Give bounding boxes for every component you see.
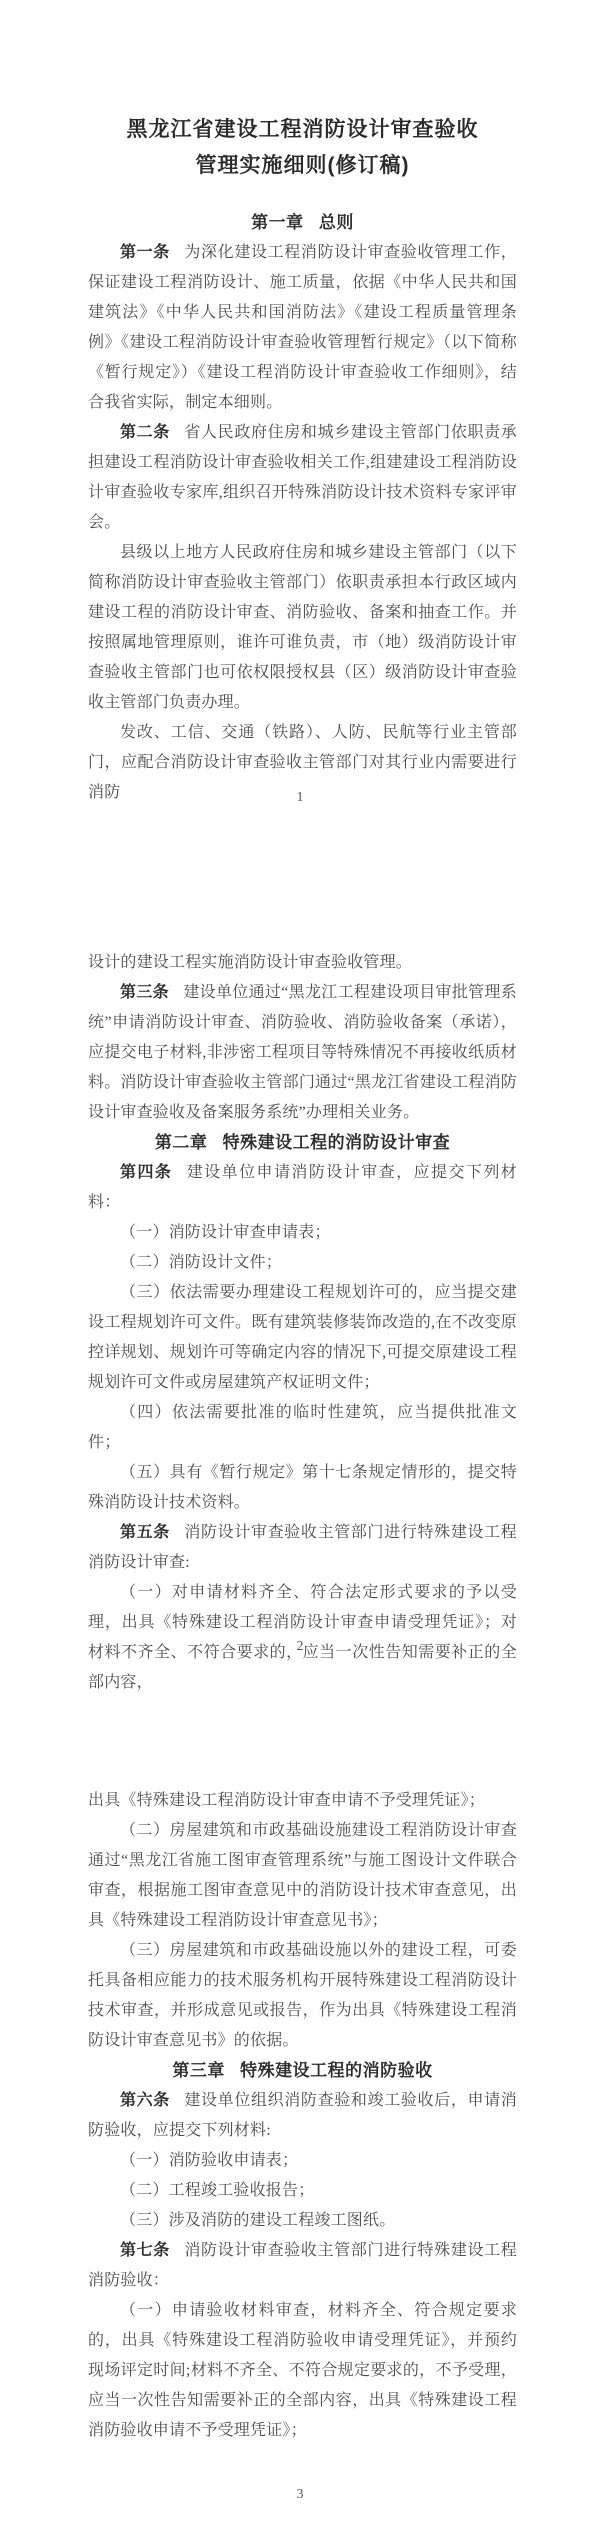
article-4-item-3: （三）依法需要办理建设工程规划许可的，应当提交建设工程规划许可文件。既有建筑装修…	[88, 1278, 517, 1398]
page-2: 设计的建设工程实施消防设计审查验收管理。 第三条建设单位通过“黑龙江工程建设项目…	[0, 849, 600, 1698]
article-4-item-5-text: （五）具有《暂行规定》第十七条规定情形的，提交特殊消防设计技术资料。	[88, 1464, 517, 1511]
article-4-item-4-text: （四）依法需要批准的临时性建筑，应当提供批准文件；	[88, 1404, 517, 1451]
article-5-item-1-continuation-text: 出具《特殊建设工程消防设计审查申请不予受理凭证》；	[88, 1792, 485, 1809]
document: 黑龙江省建设工程消防设计审查验收 管理实施细则(修订稿) 第一章总则 第一条为深…	[0, 0, 600, 2546]
article-6-item-3: （三）涉及消防的建设工程竣工图纸。	[88, 2206, 517, 2236]
article-1-paragraph: 第一条为深化建设工程消防设计审查验收管理工作，保证建设工程消防设计、施工质量，依…	[88, 238, 517, 418]
page-number-1: 1	[0, 788, 600, 808]
article-7-item-1-text: （一）申请验收材料审查，材料齐全、符合规定要求的，出具《特殊建设工程消防验收申请…	[88, 2302, 517, 2439]
article-2-paragraph: 第二条省人民政府住房和城乡建设主管部门依职责承担建设工程消防设计审查验收相关工作…	[88, 418, 517, 538]
article-4-item-2: （二）消防设计文件；	[88, 1248, 517, 1278]
chapter-1-title: 总则	[319, 213, 354, 232]
article-6-item-1: （一）消防验收申请表；	[88, 2146, 517, 2176]
article-5-item-3: （三）房屋建筑和市政基础设施以外的建设工程，可委托具备相应能力的技术服务机构开展…	[88, 1936, 517, 2056]
article-7-paragraph: 第七条消防设计审查验收主管部门进行特殊建设工程消防验收：	[88, 2236, 517, 2296]
page-1: 黑龙江省建设工程消防设计审查验收 管理实施细则(修订稿) 第一章总则 第一条为深…	[0, 0, 600, 849]
article-7-lead: 第七条	[120, 2242, 170, 2259]
article-2-paragraph-2: 县级以上地方人民政府住房和城乡建设主管部门（以下简称消防设计审查验收主管部门）依…	[88, 538, 517, 718]
document-title-line-1: 黑龙江省建设工程消防设计审查验收	[88, 112, 517, 148]
chapter-1-number: 第一章	[251, 213, 304, 232]
document-title: 黑龙江省建设工程消防设计审查验收 管理实施细则(修订稿)	[88, 112, 517, 184]
article-3-paragraph: 第三条建设单位通过“黑龙江工程建设项目审批管理系统”申请消防设计审查、消防验收、…	[88, 978, 517, 1128]
article-4-item-5: （五）具有《暂行规定》第十七条规定情形的，提交特殊消防设计技术资料。	[88, 1458, 517, 1518]
article-3-text: 建设单位通过“黑龙江工程建设项目审批管理系统”申请消防设计审查、消防验收、消防验…	[88, 984, 517, 1121]
article-5-item-3-text: （三）房屋建筑和市政基础设施以外的建设工程，可委托具备相应能力的技术服务机构开展…	[88, 1942, 517, 2049]
article-5-item-2-text: （二）房屋建筑和市政基础设施建设工程消防设计审查通过“黑龙江省施工图审查管理系统…	[88, 1822, 517, 1929]
article-4-lead: 第四条	[120, 1164, 172, 1181]
chapter-1-heading: 第一章总则	[88, 208, 517, 238]
article-6-paragraph: 第六条建设单位组织消防查验和竣工验收后，申请消防验收，应提交下列材料:	[88, 2086, 517, 2146]
article-2-continuation-paragraph: 设计的建设工程实施消防设计审查验收管理。	[88, 948, 517, 978]
chapter-2-heading: 第二章特殊建设工程的消防设计审查	[88, 1128, 517, 1158]
article-1-lead: 第一条	[120, 244, 170, 261]
article-6-item-3-text: （三）涉及消防的建设工程竣工图纸。	[120, 2212, 395, 2229]
article-4-item-2-text: （二）消防设计文件；	[120, 1254, 282, 1271]
article-4-item-1: （一）消防设计审查申请表；	[88, 1218, 517, 1248]
article-2-paragraph-2-text: 县级以上地方人民政府住房和城乡建设主管部门（以下简称消防设计审查验收主管部门）依…	[88, 544, 517, 711]
chapter-3-title: 特殊建设工程的消防验收	[240, 2061, 433, 2080]
article-4-item-1-text: （一）消防设计审查申请表；	[120, 1224, 331, 1241]
article-5-lead: 第五条	[120, 1524, 170, 1541]
chapter-2-title: 特殊建设工程的消防设计审查	[223, 1133, 451, 1152]
page-number-2: 2	[0, 1637, 600, 1657]
article-4-item-3-text: （三）依法需要办理建设工程规划许可的，应当提交建设工程规划许可文件。既有建筑装修…	[88, 1284, 517, 1391]
article-4-item-4: （四）依法需要批准的临时性建筑，应当提供批准文件；	[88, 1398, 517, 1458]
article-1-text: 为深化建设工程消防设计审查验收管理工作，保证建设工程消防设计、施工质量，依据《中…	[88, 244, 517, 411]
article-2-lead: 第二条	[120, 424, 170, 441]
chapter-3-number: 第三章	[172, 2061, 225, 2080]
article-6-item-2-text: （二）工程竣工验收报告；	[120, 2182, 314, 2199]
article-7-item-1: （一）申请验收材料审查，材料齐全、符合规定要求的，出具《特殊建设工程消防验收申请…	[88, 2296, 517, 2446]
article-6-item-1-text: （一）消防验收申请表；	[120, 2152, 298, 2169]
article-5-paragraph: 第五条消防设计审查验收主管部门进行特殊建设工程消防设计审查:	[88, 1518, 517, 1578]
article-2-continuation-text: 设计的建设工程实施消防设计审查验收管理。	[88, 954, 412, 971]
article-5-item-1-continuation: 出具《特殊建设工程消防设计审查申请不予受理凭证》；	[88, 1786, 517, 1816]
page-number-3: 3	[0, 2485, 600, 2505]
article-6-item-2: （二）工程竣工验收报告；	[88, 2176, 517, 2206]
chapter-3-heading: 第三章特殊建设工程的消防验收	[88, 2056, 517, 2086]
page-3: 出具《特殊建设工程消防设计审查申请不予受理凭证》； （二）房屋建筑和市政基础设施…	[0, 1698, 600, 2546]
article-4-paragraph: 第四条建设单位申请消防设计审查，应提交下列材料：	[88, 1158, 517, 1218]
article-5-item-2: （二）房屋建筑和市政基础设施建设工程消防设计审查通过“黑龙江省施工图审查管理系统…	[88, 1816, 517, 1936]
article-3-lead: 第三条	[120, 984, 169, 1001]
article-6-lead: 第六条	[120, 2092, 170, 2109]
document-title-line-2: 管理实施细则(修订稿)	[88, 148, 517, 184]
chapter-2-number: 第二章	[155, 1133, 208, 1152]
